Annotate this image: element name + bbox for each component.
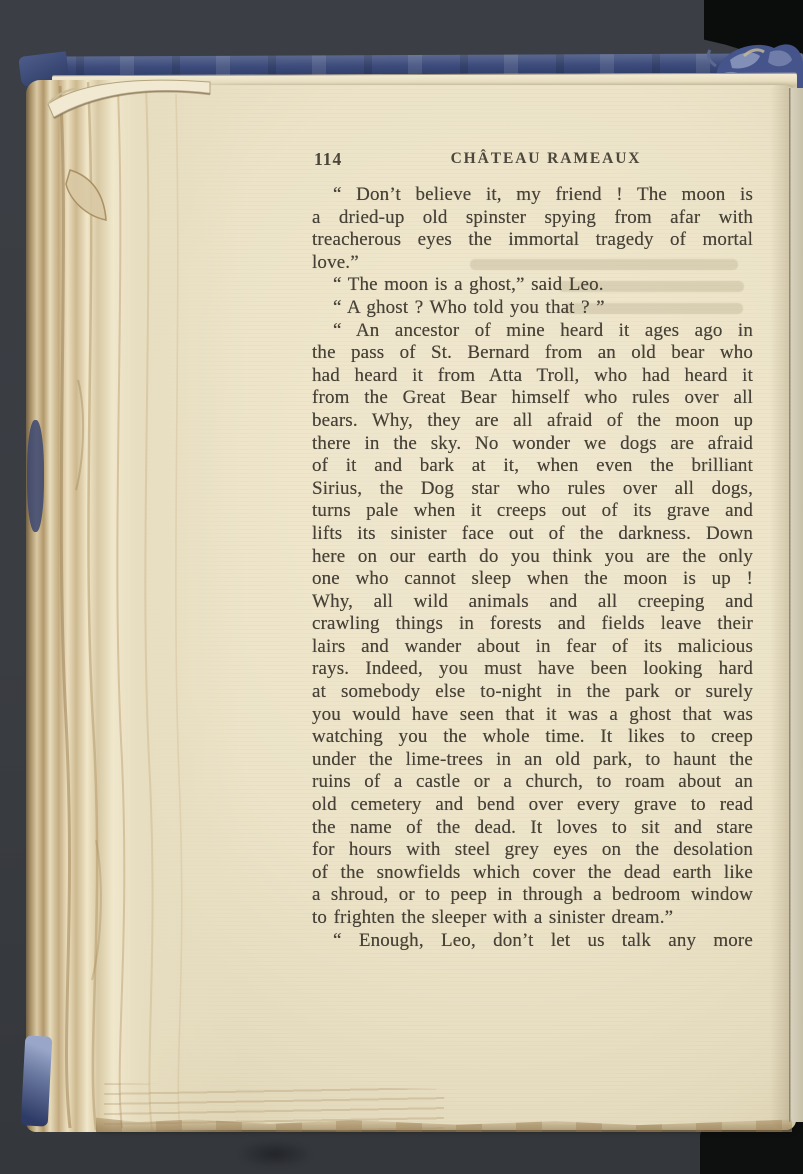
text-line: under the lime-trees in an old park, to …	[312, 749, 753, 772]
page-curl-corner	[44, 70, 214, 142]
shadow-smudge	[238, 1140, 312, 1168]
text-line: there in the sky. No wonder we dogs are …	[312, 433, 753, 456]
text-line: “ The moon is a ghost,” said Leo.	[312, 274, 753, 297]
text-line: a dried-up old spinster spying from afar…	[312, 207, 753, 230]
text-line: at somebody else to-night in the park or…	[312, 681, 753, 704]
text-line: lairs and wander about in fear of its ma…	[312, 636, 753, 659]
text-line: turns pale when it creeps out of its gra…	[312, 500, 753, 523]
scanned-book-photo: 114 CHÂTEAU RAMEAUX “ Don’t believe it, …	[0, 0, 803, 1174]
text-line: of it and bark at it, when even the bril…	[312, 455, 753, 478]
cover-spine-sliver	[27, 420, 44, 532]
text-line: lifts its sinister face out of the darkn…	[312, 523, 753, 546]
page-edge-waves	[26, 80, 244, 1132]
text-line: the name of the dead. It loves to sit an…	[312, 817, 753, 840]
cover-spine-corner-bottom	[21, 1035, 53, 1126]
text-line: a shroud, or to peep in through a bedroo…	[312, 884, 753, 907]
fore-edge-sliver	[789, 88, 803, 1122]
page-header: 114 CHÂTEAU RAMEAUX	[312, 149, 754, 171]
text-line: rays. Indeed, you must have been looking…	[312, 658, 753, 681]
text-line: of the snowfields which cover the dead e…	[312, 862, 753, 885]
text-line: “ Enough, Leo, don’t let us talk any mor…	[312, 930, 753, 953]
text-line: ruins of a castle or a church, to roam a…	[312, 771, 753, 794]
text-line: bears. Why, they are all afraid of the m…	[312, 410, 753, 433]
text-line: treacherous eyes the immortal tragedy of…	[312, 229, 753, 252]
text-line: “ Don’t believe it, my friend ! The moon…	[312, 184, 753, 207]
text-line: the pass of St. Bernard from an old bear…	[312, 342, 753, 365]
text-line: had heard it from Atta Troll, who had he…	[312, 365, 753, 388]
running-header: CHÂTEAU RAMEAUX	[312, 150, 754, 168]
text-line: from the Great Bear himself who rules ov…	[312, 387, 753, 410]
text-line: crawling things in forests and fields le…	[312, 613, 753, 636]
text-line: for hours with steel grey eyes on the de…	[312, 839, 753, 862]
page-stack-left-edges	[26, 80, 244, 1132]
text-line: Why, all wild animals and all creeping a…	[312, 591, 753, 614]
text-line: “ A ghost ? Who told you that ? ”	[312, 297, 753, 320]
text-line: watching you the whole time. It likes to…	[312, 726, 753, 749]
bottom-left-page-edges	[104, 1083, 445, 1133]
text-line: one who cannot sleep when the moon is up…	[312, 568, 753, 591]
text-line: you would have seen that it was a ghost …	[312, 704, 753, 727]
text-line: old cemetery and bend over every grave t…	[312, 794, 753, 817]
text-line: love.”	[312, 252, 753, 275]
text-line: to frighten the sleeper with a sinister …	[312, 907, 753, 930]
text-line: here on our earth do you think you are t…	[312, 546, 753, 569]
text-line: Sirius, the Dog star who rules over all …	[312, 478, 753, 501]
text-line: “ An ancestor of mine heard it ages ago …	[312, 320, 753, 343]
page-text: “ Don’t believe it, my friend ! The moon…	[312, 184, 753, 952]
